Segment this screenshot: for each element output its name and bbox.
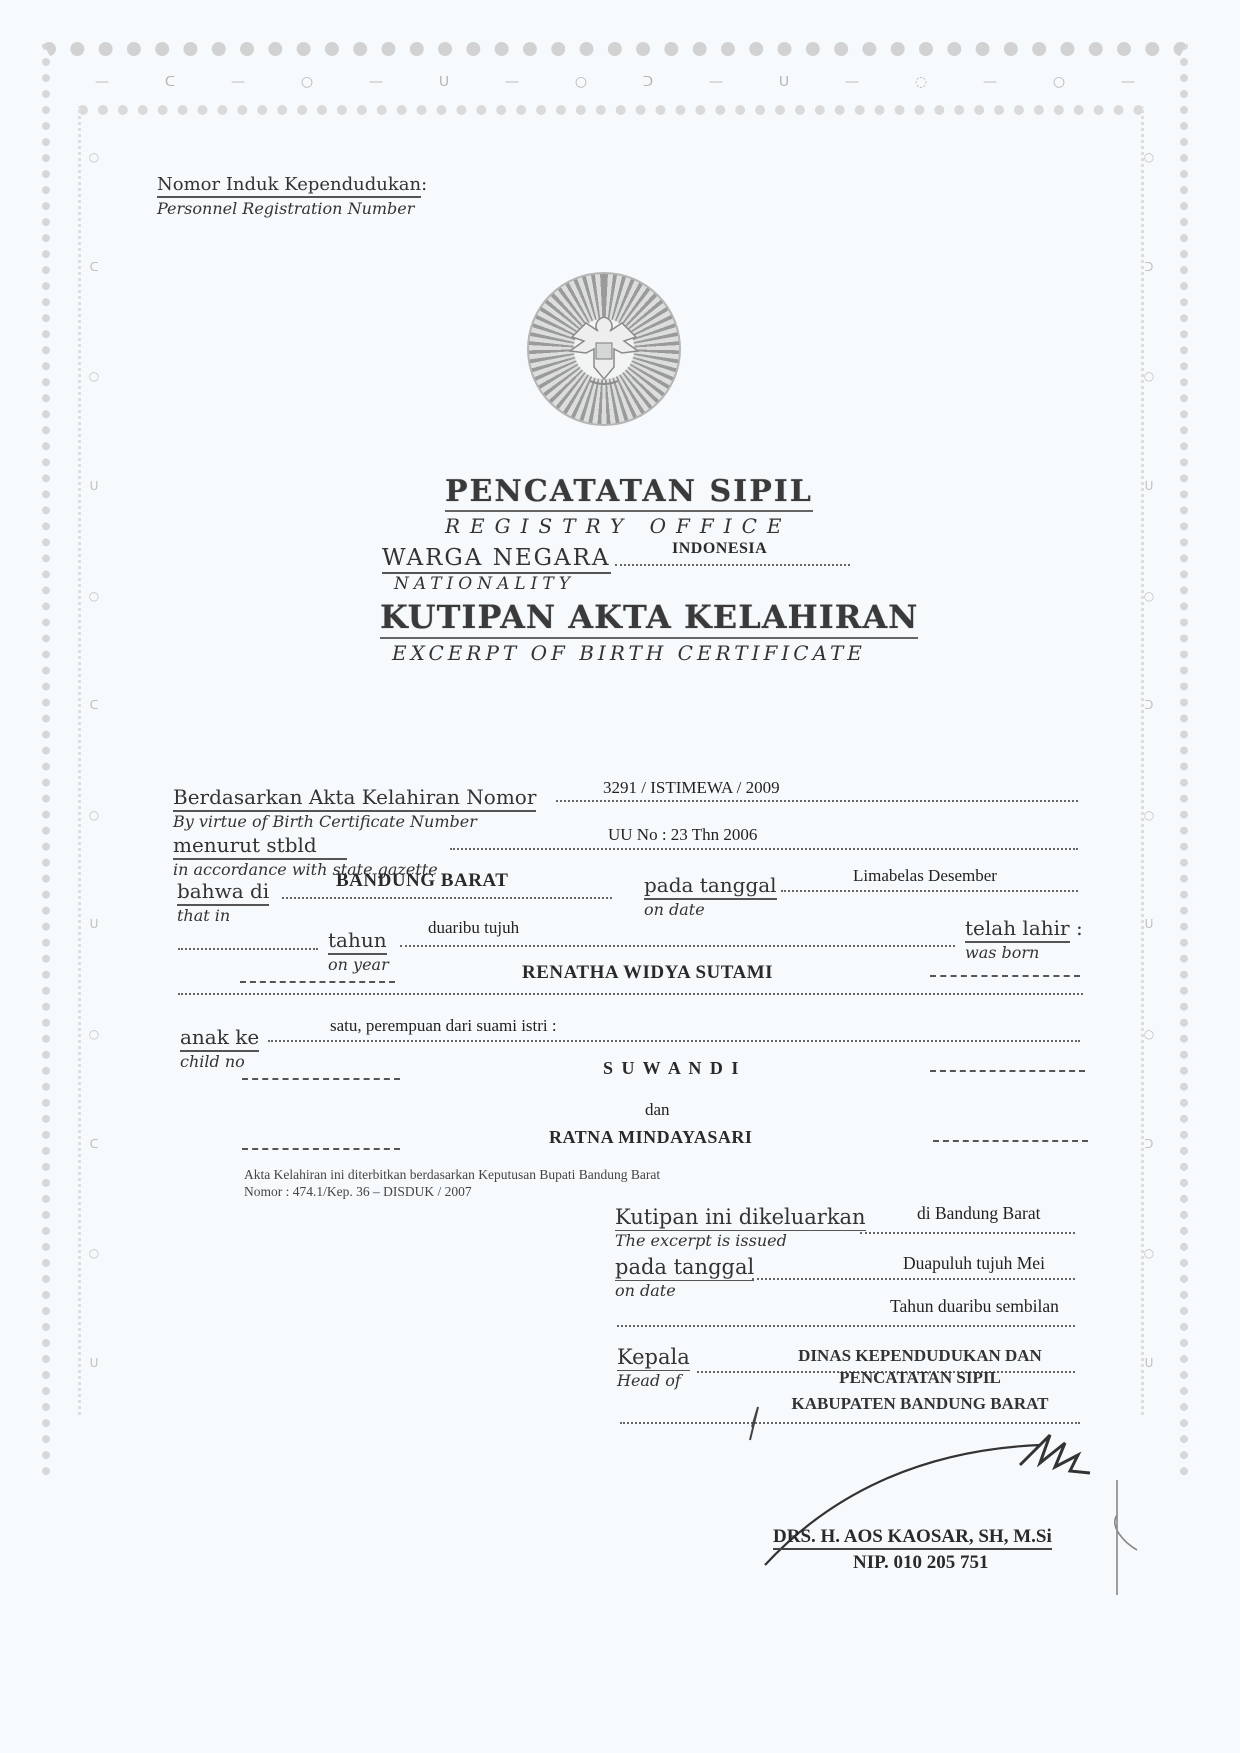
nik-colon: :: [421, 174, 427, 195]
legal-basis-line-1: Akta Kelahiran ini diterbitkan berdasark…: [244, 1166, 660, 1183]
born-label-block: telah lahir : was born: [965, 916, 1083, 962]
mother-name: RATNA MINDAYASARI: [549, 1127, 752, 1148]
child-no-label: anak ke: [180, 1025, 259, 1052]
issue-date-dotted-line: [752, 1278, 1075, 1280]
legal-basis-line-2: Nomor : 474.1/Kep. 36 – DISDUK / 2007: [244, 1183, 660, 1200]
cert-number-label-block: Berdasarkan Akta Kelahiran Nomor By virt…: [173, 785, 536, 831]
child-no-dotted-line: [268, 1040, 1080, 1042]
nik-label: Nomor Induk Kependudukan: [157, 174, 421, 198]
year-label-block: tahun on year: [328, 928, 389, 974]
head-label: Kepala: [617, 1345, 690, 1371]
child-name-right-dash: [930, 975, 1080, 977]
nationality-label-en: NATIONALITY: [394, 574, 611, 594]
place-label-block: bahwa di that in: [177, 879, 269, 925]
issued-label-en: The excerpt is issued: [615, 1231, 866, 1250]
birth-year-value: duaribu tujuh: [428, 918, 519, 938]
nationality-dotted-line: [615, 564, 850, 566]
office-line-2: PENCATATAN SIPIL: [760, 1367, 1080, 1389]
born-label: telah lahir: [965, 916, 1070, 943]
child-no-label-block: anak ke child no: [180, 1025, 259, 1071]
father-name: S U W A N D I: [603, 1058, 740, 1079]
registry-office-title: PENCATATAN SIPIL REGISTRY OFFICE: [445, 474, 813, 538]
born-colon: :: [1076, 916, 1083, 940]
office-line-1: DINAS KEPENDUDUKAN DAN: [760, 1345, 1080, 1367]
cert-number-value: 3291 / ISTIMEWA / 2009: [603, 778, 780, 798]
gazette-dotted-line: [450, 848, 1078, 850]
issue-year-value: Tahun duaribu sembilan: [890, 1296, 1059, 1317]
document-title: KUTIPAN AKTA KELAHIRAN: [380, 598, 918, 639]
issue-date-value: Duapuluh tujuh Mei: [903, 1253, 1045, 1274]
place-dotted-line: [282, 897, 612, 899]
cert-number-label: Berdasarkan Akta Kelahiran Nomor: [173, 785, 536, 812]
official-nip: NIP. 010 205 751: [853, 1552, 1052, 1574]
cert-number-dotted-line: [556, 800, 1078, 802]
child-name: RENATHA WIDYA SUTAMI: [522, 962, 773, 984]
year-label-en: on year: [328, 955, 389, 974]
birth-date-label: pada tanggal: [644, 873, 777, 900]
birth-date-label-block: pada tanggal on date: [644, 873, 777, 919]
mother-left-dash: [242, 1148, 400, 1150]
place-label-en: that in: [177, 906, 269, 925]
nationality-field: WARGA NEGARA NATIONALITY: [382, 545, 611, 594]
birth-date-label-en: on date: [644, 900, 777, 919]
child-no-value: satu, perempuan dari suami istri :: [330, 1016, 557, 1036]
birth-year-dotted-line: [400, 945, 955, 947]
issue-date-label: pada tanggal: [615, 1255, 754, 1281]
issued-label-block: Kutipan ini dikeluarkan The excerpt is i…: [615, 1205, 866, 1250]
gazette-value: UU No : 23 Thn 2006: [608, 825, 757, 845]
conjunction-text: dan: [645, 1100, 670, 1120]
office-title: PENCATATAN SIPIL: [445, 474, 813, 512]
father-right-dash: [930, 1070, 1085, 1072]
garuda-emblem-icon: [527, 272, 681, 426]
nik-field: Nomor Induk Kependudukan: Personnel Regi…: [157, 174, 427, 218]
document-title-block: KUTIPAN AKTA KELAHIRAN EXCERPT OF BIRTH …: [380, 598, 918, 665]
year-leading-dotted-line: [178, 948, 318, 950]
legal-basis-note: Akta Kelahiran ini diterbitkan berdasark…: [244, 1166, 660, 1200]
child-no-label-en: child no: [180, 1052, 259, 1071]
issue-date-label-block: pada tanggal on date: [615, 1255, 754, 1300]
border-ornament-right: ○ᑐ○ᑌ○ᑐ○ᑌ○ᑐ○ᑌ: [1143, 150, 1155, 1370]
official-name: DRS. H. AOS KAOSAR, SH, M.Si: [773, 1526, 1052, 1550]
head-label-en: Head of: [617, 1371, 690, 1390]
father-left-dash: [242, 1078, 400, 1080]
cert-number-label-en: By virtue of Birth Certificate Number: [173, 812, 536, 831]
office-title-en: REGISTRY OFFICE: [445, 514, 813, 538]
issued-label: Kutipan ini dikeluarkan: [615, 1205, 866, 1231]
issue-year-dotted-line: [617, 1325, 1075, 1327]
official-name-block: DRS. H. AOS KAOSAR, SH, M.Si NIP. 010 20…: [773, 1526, 1052, 1574]
paraf-mark: [1105, 1475, 1145, 1605]
border-ornament-row: —ᑕ—○—ᑌ—○ᑐ—ᑌ—◌—○—: [95, 74, 1135, 90]
child-name-dotted-line: [178, 993, 1083, 995]
gazette-label: menurut stbld: [173, 833, 347, 860]
issued-place-dotted-line: [860, 1232, 1075, 1234]
place-label: bahwa di: [177, 879, 269, 906]
document-title-en: EXCERPT OF BIRTH CERTIFICATE: [392, 641, 918, 665]
child-name-left-dash: [240, 981, 395, 983]
nationality-label: WARGA NEGARA: [382, 545, 611, 574]
border-ornament-left: ○ᑕ○ᑌ○ᑕ○ᑌ○ᑕ○ᑌ: [88, 150, 100, 1370]
place-value: BANDUNG BARAT: [336, 870, 508, 892]
mother-right-dash: [933, 1140, 1088, 1142]
year-label: tahun: [328, 928, 387, 955]
birth-date-dotted-line: [781, 890, 1078, 892]
head-label-block: Kepala Head of: [617, 1345, 690, 1390]
nik-label-en: Personnel Registration Number: [157, 199, 427, 218]
born-label-en: was born: [965, 943, 1083, 962]
issue-date-label-en: on date: [615, 1281, 754, 1300]
nationality-value: INDONESIA: [672, 540, 767, 558]
issued-place-value: di Bandung Barat: [917, 1203, 1040, 1224]
birth-date-value: Limabelas Desember: [853, 866, 997, 886]
